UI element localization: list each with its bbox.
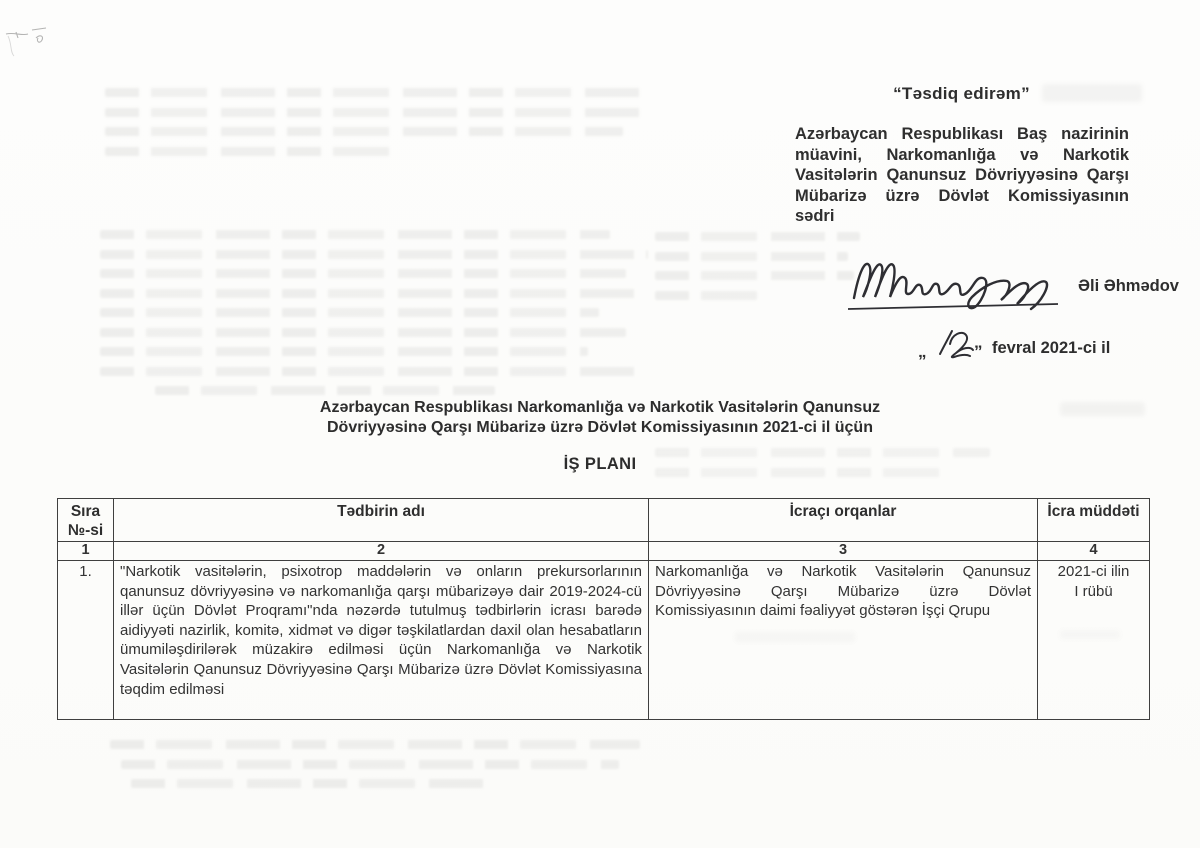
date-open-quote: „ (918, 342, 927, 362)
document-title: Azərbaycan Respublikası Narkomanlığa və … (100, 398, 1100, 438)
signature-scribble (846, 252, 1071, 314)
row-executors-cell: Narkomanlığa və Narkotik Vasitələrin Qan… (649, 561, 1038, 720)
work-plan-heading: İŞ PLANI (100, 455, 1100, 474)
document-title-line1: Azərbaycan Respublikası Narkomanlığa və … (100, 398, 1100, 418)
column-number-3: 3 (649, 542, 1038, 561)
column-number-2: 2 (114, 542, 649, 561)
ghost-text-block-middle-right (655, 232, 860, 310)
work-plan-table: Sıra №-si Tədbirin adı İcraçı orqanlar İ… (57, 498, 1150, 720)
header-icra-muddeti: İcra müddəti (1038, 499, 1150, 542)
table-header-row: Sıra №-si Tədbirin adı İcraçı orqanlar İ… (58, 499, 1150, 542)
column-number-row: 1 2 3 4 (58, 542, 1150, 561)
scanned-document-page: “Təsdiq edirəm” Azərbaycan Respublikası … (0, 0, 1200, 848)
pencil-mark-artifact (2, 22, 72, 62)
date-close-quote: ” (974, 342, 983, 362)
approval-quote: “Təsdiq edirəm” (795, 84, 1128, 104)
ghost-text-block-bottom (110, 740, 640, 799)
row-deadline-cell: 2021-ci ilin I rübü (1038, 561, 1150, 720)
row-activity-cell: "Narkotik vasitələrin, psixotrop maddələ… (114, 561, 649, 720)
document-title-line2: Dövriyyəsinə Qarşı Mübarizə üzrə Dövlət … (100, 418, 1100, 438)
column-number-1: 1 (58, 542, 114, 561)
column-number-4: 4 (1038, 542, 1150, 561)
table-row: 1. "Narkotik vasitələrin, psixotrop madd… (58, 561, 1150, 720)
handwritten-day (932, 326, 976, 369)
approval-date-line: „ ” fevral 2021-ci il (918, 326, 1133, 368)
deadline-line1: 2021-ci ilin (1044, 562, 1143, 582)
signer-name: Əli Əhmədov (1078, 277, 1179, 296)
header-sira-no: Sıra №-si (58, 499, 114, 542)
header-tedbirin-adi: Tədbirin adı (114, 499, 649, 542)
date-text: fevral 2021-ci il (992, 339, 1110, 358)
deadline-line2: I rübü (1044, 582, 1143, 602)
approval-authority-text: Azərbaycan Respublikası Baş nazirinin mü… (795, 124, 1129, 227)
header-icraci-orqanlar: İcraçı orqanlar (649, 499, 1038, 542)
ghost-text-block-upper-left (105, 88, 645, 166)
ghost-text-block-middle-left (100, 230, 648, 406)
row-number-cell: 1. (58, 561, 114, 720)
